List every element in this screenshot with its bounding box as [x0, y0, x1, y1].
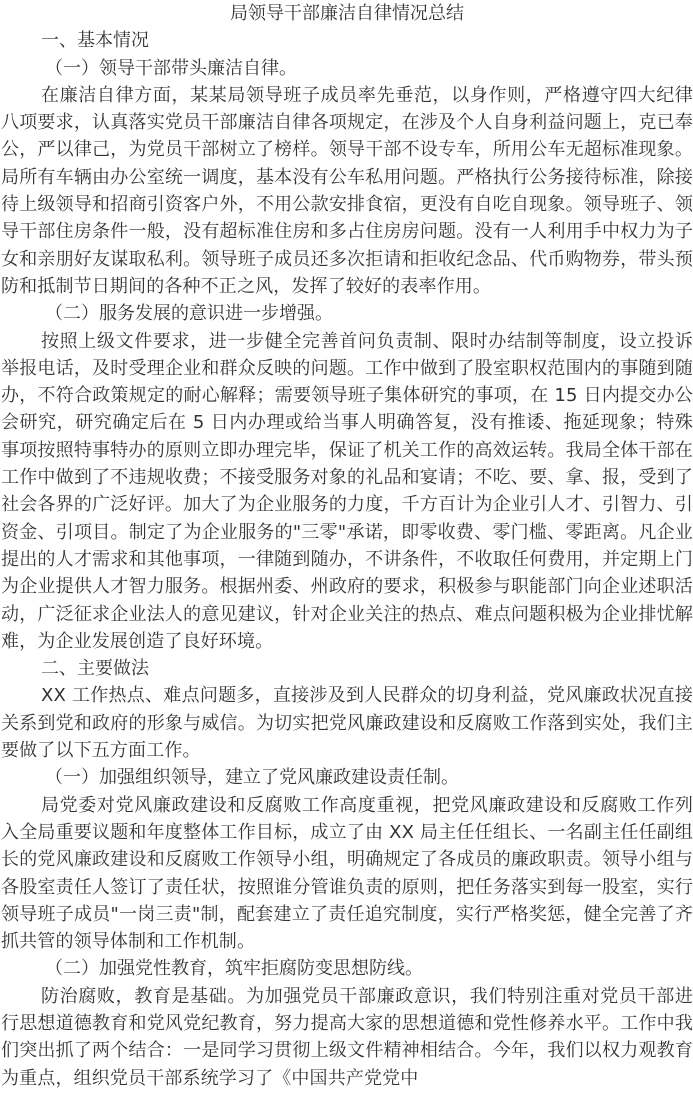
- section-heading-basic-situation: 一、基本情况: [1, 27, 693, 54]
- paragraph-self-discipline: 在廉洁自律方面，某某局领导班子成员率先垂范，以身作则，严格遵守四大纪律八项要求，…: [1, 82, 693, 300]
- document-title: 局领导干部廉洁自律情况总结: [1, 0, 693, 27]
- paragraph-service-awareness: 按照上级文件要求，进一步健全完善首问负责制、限时办结制等制度，设立投诉举报电话，…: [1, 328, 693, 656]
- paragraph-organizational-leadership: 局党委对党风廉政建设和反腐败工作高度重视，把党风廉政建设和反腐败工作列入全局重要…: [1, 792, 693, 956]
- section-heading-main-practices: 二、主要做法: [1, 655, 693, 682]
- subsection-heading-organizational-leadership: （一）加强组织领导，建立了党风廉政建设责任制。: [1, 764, 693, 791]
- document-page: 局领导干部廉洁自律情况总结 一、基本情况 （一）领导干部带头廉洁自律。 在廉洁自…: [0, 0, 693, 1092]
- paragraph-main-practices-intro: XX 工作热点、难点问题多，直接涉及到人民群众的切身利益，党风廉政状况直接关系到…: [1, 682, 693, 764]
- subsection-heading-service-awareness: （二）服务发展的意识进一步增强。: [1, 300, 693, 327]
- subsection-heading-self-discipline: （一）领导干部带头廉洁自律。: [1, 55, 693, 82]
- paragraph-party-education: 防治腐败，教育是基础。为加强党员干部廉政意识，我们特别注重对党员干部进行思想道德…: [1, 983, 693, 1092]
- subsection-heading-party-education: （二）加强党性教育，筑牢拒腐防变思想防线。: [1, 955, 693, 982]
